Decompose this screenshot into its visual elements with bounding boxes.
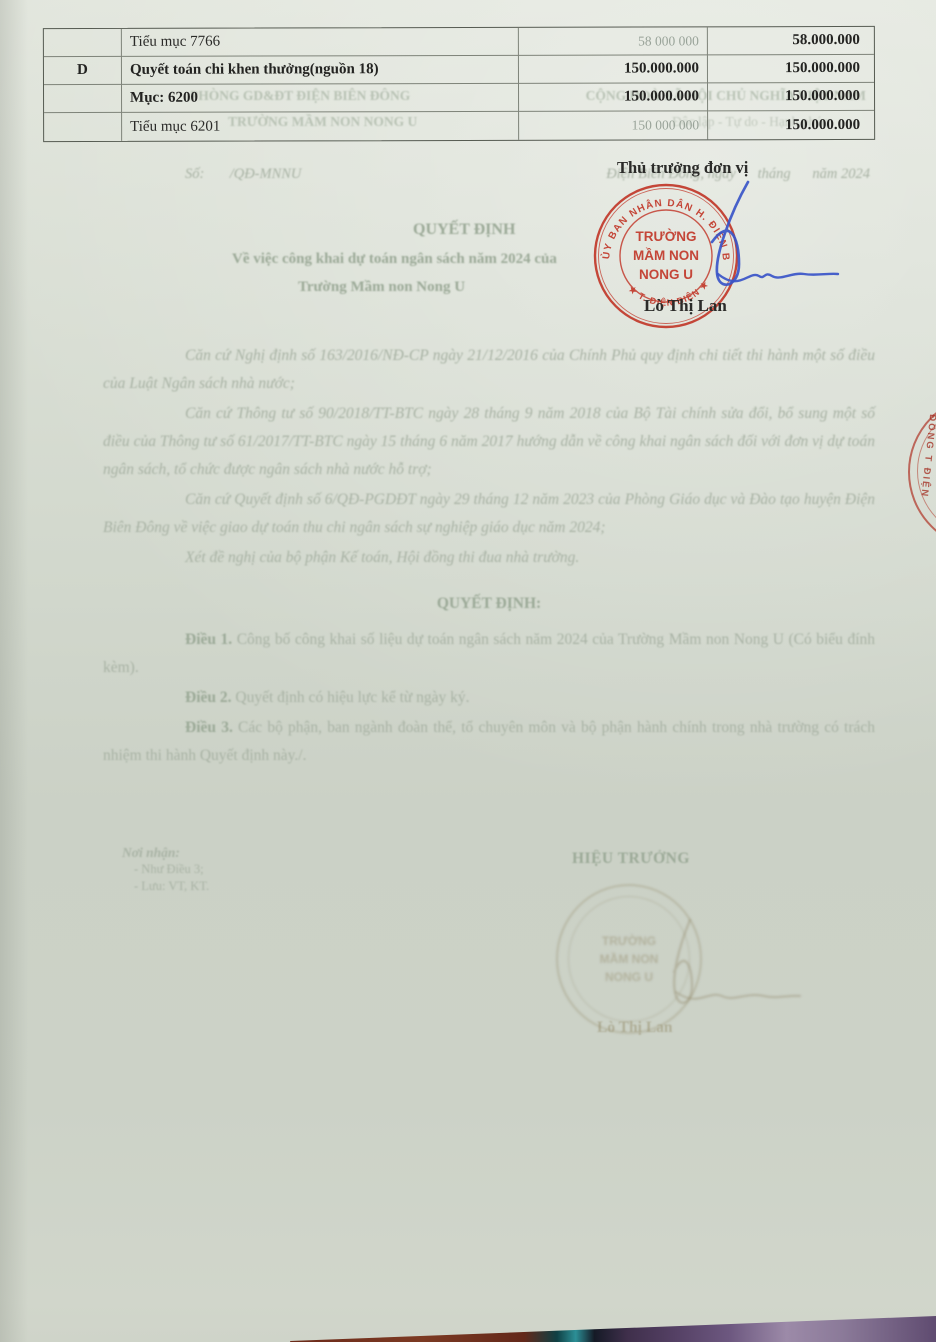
ghost-article3: Điều 3. Các bộ phận, ban ngành đoàn thể,… xyxy=(103,714,875,770)
ghost-para3: Căn cứ Quyết định số 6/QĐ-PGDĐT ngày 29 … xyxy=(103,486,875,542)
ghost-article2-label: Điều 2. xyxy=(185,689,232,706)
ghost-recipients: Nơi nhận: - Như Điều 3; - Lưu: VT, KT. xyxy=(122,845,209,895)
ghost-para4: Xét đề nghị của bộ phận Kế toán, Hội đồn… xyxy=(103,544,875,572)
table-cell: 58.000.000 xyxy=(708,27,874,55)
ghost-signer-name: Lò Thị Lan xyxy=(597,1019,673,1037)
desk-background-strip xyxy=(0,1316,936,1342)
ghost-recipient-2: - Lưu: VT, KT. xyxy=(134,878,209,895)
ghost-recipient-1: - Như Điều 3; xyxy=(134,861,209,878)
table-cell xyxy=(44,29,122,57)
document-scan: { "table": { "rows": [ {"col1": "", "col… xyxy=(0,0,936,1342)
ghost-number-left: Số: /QĐ-MNNU xyxy=(185,166,301,183)
ghost-para1: Căn cứ Nghị định số 163/2016/NĐ-CP ngày … xyxy=(103,342,875,398)
table-cell xyxy=(44,113,122,141)
table-cell: 150.000.000 xyxy=(708,55,874,83)
table-cell: 150.000.000 xyxy=(708,83,874,111)
ghost-article1-label: Điều 1. xyxy=(185,631,232,648)
ghost-decide-heading: QUYẾT ĐỊNH: xyxy=(103,590,875,618)
ghost-principal-heading: HIỆU TRƯỞNG xyxy=(572,850,690,868)
signature-ink xyxy=(652,166,847,296)
ghost-subtitle2: Trường Mầm non Nong U xyxy=(298,279,465,296)
table-cell: D xyxy=(44,57,122,85)
table-cell: Quyết toán chi khen thưởng(nguồn 18) xyxy=(122,56,519,85)
table-cell: 58 000 000 xyxy=(519,27,708,55)
table-cell: Tiểu mục 7766 xyxy=(122,28,519,57)
ghost-article1: Điều 1. Công bố công khai số liệu dự toá… xyxy=(103,626,875,682)
budget-table: Tiểu mục 7766 58 000 000 58.000.000 D Qu… xyxy=(43,26,875,142)
ghost-article2-text: Quyết định có hiệu lực kể từ ngày ký. xyxy=(235,689,469,706)
ghost-article3-label: Điều 3. xyxy=(185,719,233,736)
ghost-signature-ink xyxy=(642,912,822,1022)
table-cell: 150.000.000 xyxy=(519,55,708,83)
table-cell: 150.000.000 xyxy=(708,111,874,139)
ghost-recipients-label: Nơi nhận: xyxy=(122,845,209,861)
table-cell: 150 000 000 xyxy=(519,111,708,139)
ghost-para2: Căn cứ Thông tư số 90/2018/TT-BTC ngày 2… xyxy=(103,400,875,484)
ghost-subtitle1: Về việc công khai dự toán ngân sách năm … xyxy=(232,251,557,268)
table-cell: Tiểu mục 6201 xyxy=(122,112,519,141)
table-cell xyxy=(44,85,122,113)
signer-name: Lò Thị Lan xyxy=(644,296,727,316)
ghost-body: Căn cứ Nghị định số 163/2016/NĐ-CP ngày … xyxy=(103,342,875,772)
table-cell: Mục: 6200 xyxy=(122,84,519,113)
ghost-title: QUYẾT ĐỊNH xyxy=(413,221,515,239)
table-cell: 150.000.000 xyxy=(519,83,708,111)
ghost-article2: Điều 2. Quyết định có hiệu lực kể từ ngà… xyxy=(103,684,875,712)
